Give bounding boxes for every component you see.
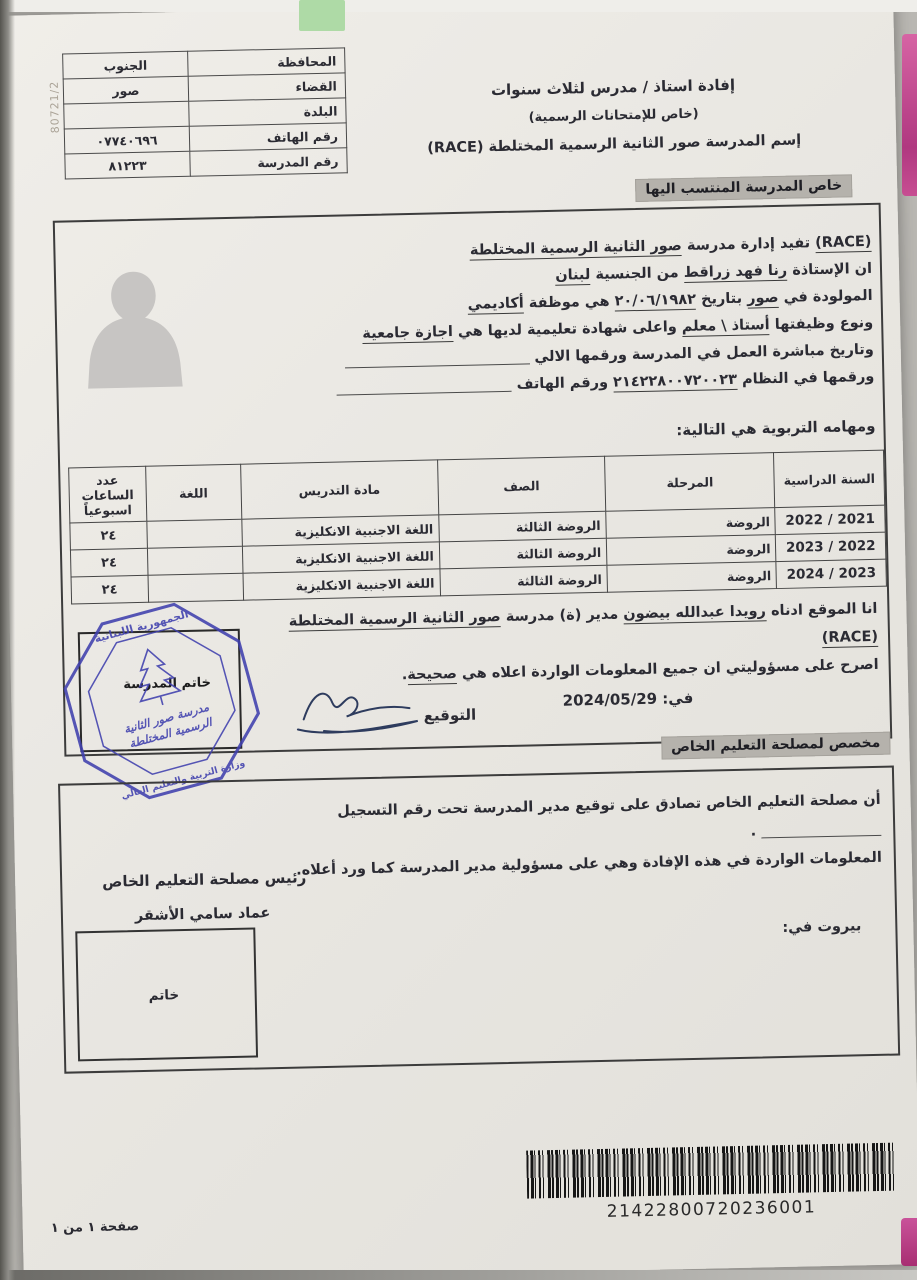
- info-label-cell: رقم الهاتف: [189, 123, 347, 151]
- teaching-table-cell: الروضة: [606, 535, 776, 566]
- info-value-cell: ٠٧٧٤٠٦٩٦: [64, 126, 190, 154]
- signature-label: التوقيع: [423, 706, 476, 725]
- margin-handwritten-note: 80721/2: [48, 81, 62, 134]
- text-segment: .: [751, 823, 762, 839]
- person-silhouette-icon: [82, 258, 187, 392]
- info-label-cell: البلدة: [189, 98, 347, 126]
- private-education-section-box: أن مصلحة التعليم الخاص تصادق على توقيع م…: [58, 766, 900, 1074]
- info-table-row: رقم المدرسة٨١٢٢٣: [65, 148, 347, 179]
- page-number: صفحة ١ من ١: [51, 1219, 140, 1236]
- teaching-table-cell: اللغة الاجنبية الانكليزية: [242, 542, 439, 573]
- seal-placeholder-label: خاتم: [149, 987, 180, 1004]
- scan-edge-bottom: [0, 1270, 917, 1280]
- teaching-table-cell: 2023 / 2024: [776, 559, 886, 588]
- school-info-table: المحافظةالجنوبالقضاءصورالبلدةرقم الهاتف٠…: [62, 47, 348, 179]
- teaching-table-cell: الروضة الثالثة: [438, 511, 606, 542]
- teaching-table-cell: ٢٤: [70, 548, 147, 577]
- text-segment: صور الثانية الرسمية المختلطة: [470, 238, 682, 261]
- text-segment: تفيد إدارة مدرسة: [682, 235, 816, 254]
- info-value-cell: ٨١٢٢٣: [65, 151, 191, 179]
- info-value-cell: الجنوب: [63, 51, 189, 79]
- text-segment: رويدا عبدالله بيضون: [623, 603, 766, 624]
- director-signature-ink: [293, 677, 429, 742]
- chief-name: عماد سامي الأشقر: [135, 905, 271, 924]
- teaching-table-header-cell: مادة التدريس: [240, 460, 438, 519]
- text-segment: رنا فهد زراقط: [684, 263, 788, 283]
- text-segment: المولودة في: [778, 288, 872, 306]
- text-segment: من الجنسية: [590, 265, 684, 283]
- blank-line: [344, 350, 529, 368]
- text-segment: ٢٠/٠٦/١٩٨٢: [614, 292, 696, 312]
- date-label: في:: [662, 689, 693, 708]
- section-school-header: خاص المدرسة المنتسب اليها: [635, 174, 852, 202]
- text-segment: انا الموقع ادناه: [766, 601, 878, 619]
- teaching-assignments-table: السنة الدراسيةالمرحلةالصفمادة التدريسالل…: [68, 450, 887, 605]
- certification-approval-paragraph: أن مصلحة التعليم الخاص تصادق على توقيع م…: [280, 786, 882, 886]
- date-value: 2024/05/29: [562, 690, 657, 710]
- teacher-photo-placeholder: [82, 258, 187, 392]
- teaching-table-cell: [146, 519, 242, 548]
- text-segment: هي موظفة: [524, 294, 615, 312]
- text-segment: المعلومات الواردة في هذه الإفادة وهي على…: [296, 850, 882, 879]
- text-segment: صور: [747, 290, 779, 309]
- text-segment: بتاريخ: [696, 291, 747, 308]
- teaching-table-cell: اللغة الاجنبية الانكليزية: [243, 569, 440, 600]
- teaching-table-header-cell: اللغة: [145, 464, 241, 521]
- certification-paragraph: (RACE) تفيد إدارة مدرسة صور الثانية الرس…: [341, 229, 874, 403]
- teaching-table-cell: الروضة: [607, 562, 777, 593]
- text-segment: ورقمها في النظام: [737, 369, 875, 388]
- teaching-table-cell: ٢٤: [71, 575, 148, 604]
- text-segment: ورقم الهاتف: [511, 375, 613, 393]
- teaching-table-cell: الروضة الثالثة: [439, 538, 607, 569]
- school-section-box: (RACE) تفيد إدارة مدرسة صور الثانية الرس…: [53, 203, 892, 757]
- chief-title: رئيس مصلحة التعليم الخاص: [102, 868, 306, 890]
- text-segment: لبنان: [555, 267, 590, 286]
- blank-line: [336, 378, 511, 396]
- section-private-edu-header: مخصص لمصلحة التعليم الخاص: [661, 732, 891, 760]
- text-segment: اصرح على مسؤوليتي ان جميع المعلومات الوا…: [457, 657, 879, 682]
- text-segment: ان الإستاذة: [787, 261, 872, 279]
- barcode-number: 21422800720236001: [527, 1196, 895, 1224]
- document-page: 80721/2 المحافظةالجنوبالقضاءصورالبلدةرقم…: [0, 0, 917, 1280]
- scan-edge-left: [0, 0, 15, 1280]
- teaching-table-cell: 2022 / 2023: [776, 532, 886, 561]
- teaching-table-cell: 2021 / 2022: [775, 505, 885, 534]
- scanned-document-photo: { "artifacts": { "side_note": "80721/2" …: [0, 0, 917, 1280]
- text-segment: أن مصلحة التعليم الخاص تصادق على توقيع م…: [337, 792, 881, 820]
- text-segment: ونوع وظيفتها: [770, 315, 874, 333]
- text-segment: (RACE): [815, 234, 872, 253]
- text-segment: واعلى شهادة تعليمية لديها هي: [453, 319, 682, 340]
- teaching-table-cell: اللغة الاجنبية الانكليزية: [242, 515, 439, 546]
- info-label-cell: رقم المدرسة: [190, 148, 348, 176]
- beirut-date-label: بيروت في:: [782, 918, 861, 936]
- seal-placeholder-box: خاتم: [75, 928, 258, 1062]
- teaching-table-cell: ٢٤: [70, 521, 147, 550]
- teaching-table-header-cell: الصف: [437, 456, 606, 515]
- info-value-cell: صور: [63, 76, 189, 104]
- text-segment: أستاذ \ معلم: [682, 317, 770, 337]
- scan-edge-top: [0, 0, 917, 12]
- blank-line: [761, 822, 881, 839]
- document-title: إفادة استاذ / مدرس لثلاث سنوات: [358, 73, 868, 102]
- info-label-cell: القضاء: [188, 73, 346, 101]
- scan-pink-edge-bottom: [901, 1218, 917, 1266]
- barcode-block: 21422800720236001: [526, 1143, 896, 1224]
- teaching-table-header-cell: المرحلة: [605, 453, 776, 512]
- text-segment: ٢١٤٢٢٨٠٠٧٢٠٠٢٣: [613, 372, 737, 393]
- teaching-table-cell: الروضة الثالثة: [440, 565, 608, 596]
- document-subtitle: (خاص للإمتحانات الرسمية): [359, 103, 869, 129]
- date-line: في: 2024/05/29: [562, 689, 693, 710]
- text-segment: وتاريخ مباشرة العمل في المدرسة ورقمها ال…: [529, 342, 874, 366]
- barcode-image: [526, 1143, 895, 1199]
- scan-green-artifact: [299, 0, 345, 31]
- scan-pink-edge-top: [902, 34, 917, 196]
- duties-intro-line: ومهامه التربوية هي التالية:: [676, 417, 876, 439]
- teaching-table-header-cell: عدد الساعات اسبوعياً: [69, 466, 147, 523]
- school-name-line: إسم المدرسة صور الثانية الرسمية المختلطة…: [359, 131, 869, 158]
- text-segment: أكاديمي: [468, 295, 525, 314]
- text-segment: مدير (ة) مدرسة: [501, 606, 624, 625]
- document-title-block: إفادة استاذ / مدرس لثلاث سنوات (خاص للإم…: [358, 73, 869, 158]
- school-info-table-body: المحافظةالجنوبالقضاءصورالبلدةرقم الهاتف٠…: [63, 48, 348, 179]
- info-label-cell: المحافظة: [188, 48, 346, 76]
- text-segment: اجازة جامعية: [362, 324, 453, 344]
- teaching-table-cell: الروضة: [606, 508, 776, 539]
- teaching-table-cell: [147, 546, 243, 575]
- info-value-cell: [64, 101, 190, 129]
- teaching-table-header-cell: السنة الدراسية: [774, 450, 885, 507]
